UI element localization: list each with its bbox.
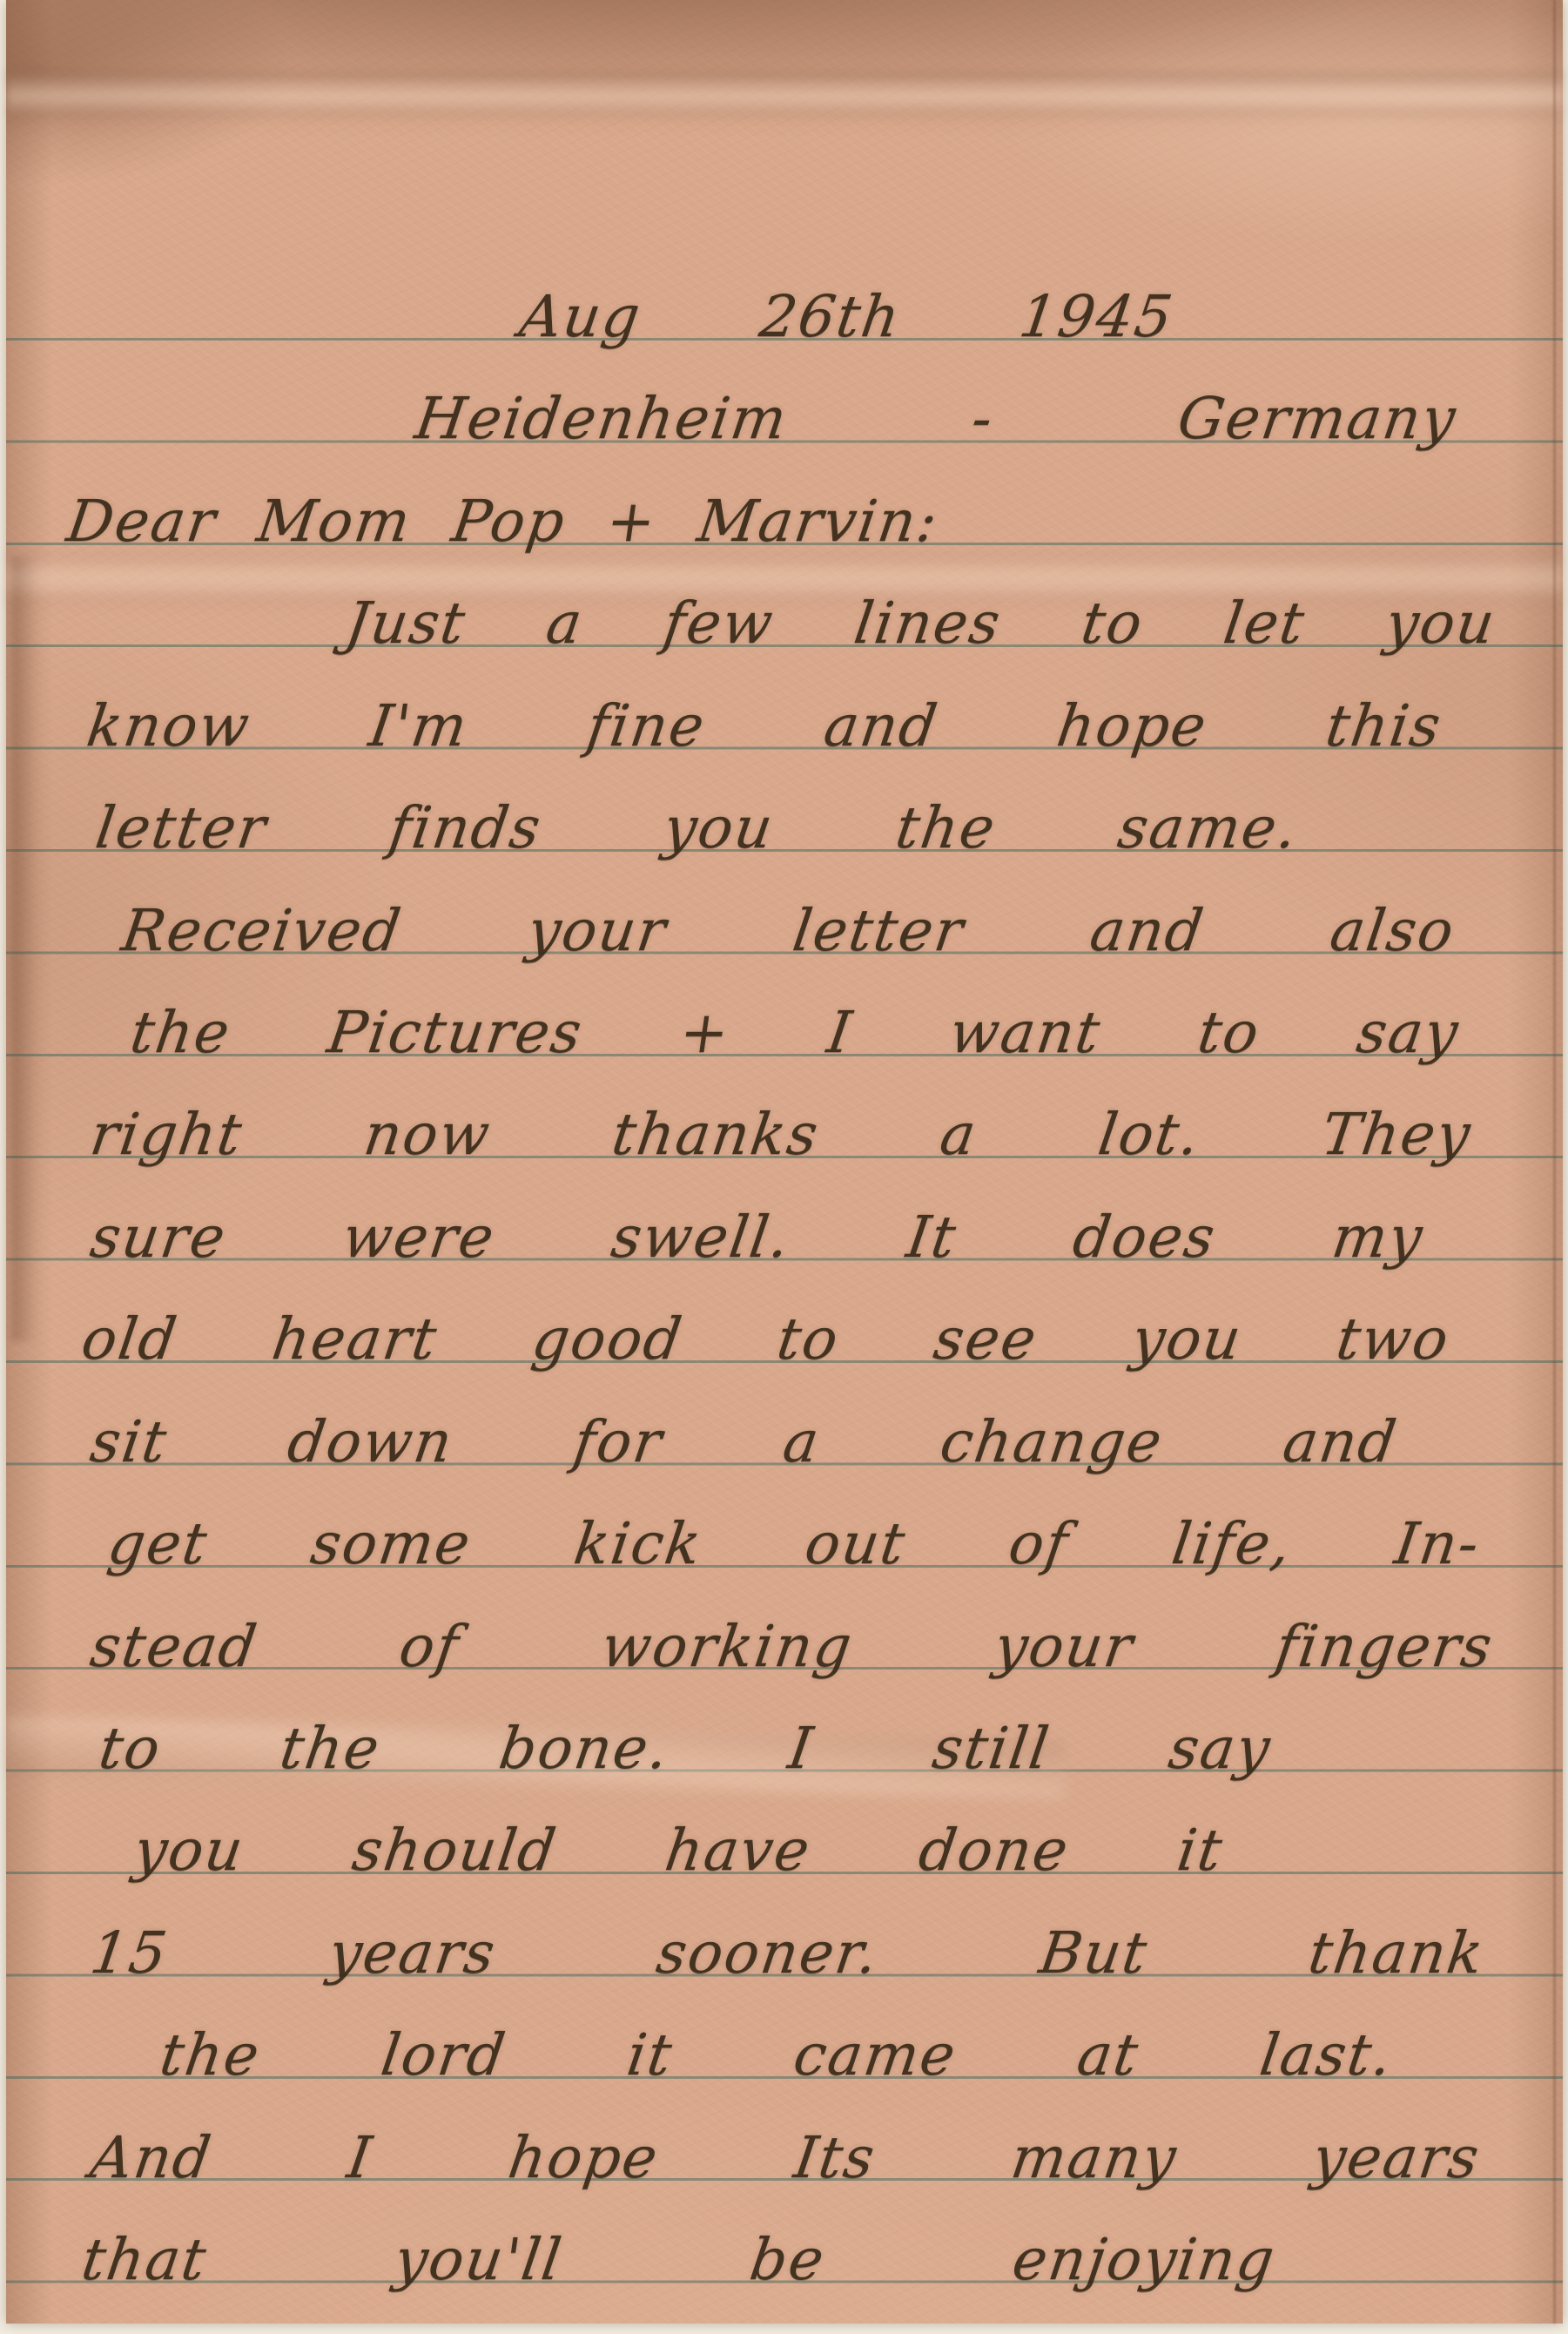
letter-line: sure were swell. It does my [86,1203,1428,1272]
letter-line: 15 years sooner. But thank [86,1919,1489,1988]
letter-line: know I'm fine and hope this [83,691,1446,761]
letter-line: that you'll be enjoying [77,2225,1280,2295]
letter-line: the Pictures + I want to say [126,998,1464,1068]
letter-line: stead of working your fingers [86,1612,1497,1682]
letter-line: And I hope Its many years [86,2123,1484,2193]
letter-line: the lord it came at last. [156,2020,1397,2090]
date-line: Aug 26th 1945 [515,282,1178,352]
letter-line: Just a few lines to let you [341,589,1500,658]
salutation-line: Dear Mom Pop + Marvin: [63,487,943,557]
letter-line: Received your letter and also [118,896,1459,966]
place-line: Heidenheim - Germany [411,384,1461,454]
letter-line: get some kick out of life, In- [104,1509,1484,1579]
letter-line: sit down for a change and [86,1407,1402,1477]
letter-line: you should have done it [130,1816,1228,1885]
letter-line: to the bone. I still say [95,1714,1275,1784]
letter-line: right now thanks a lot. They [86,1100,1476,1170]
letter-line: old heart good to see you two [77,1305,1454,1374]
fold-crease-top [6,71,1563,117]
letter-line: letter finds you the same. [91,793,1302,863]
letter-sheet: Aug 26th 1945 Heidenheim - Germany Dear … [6,0,1563,2324]
